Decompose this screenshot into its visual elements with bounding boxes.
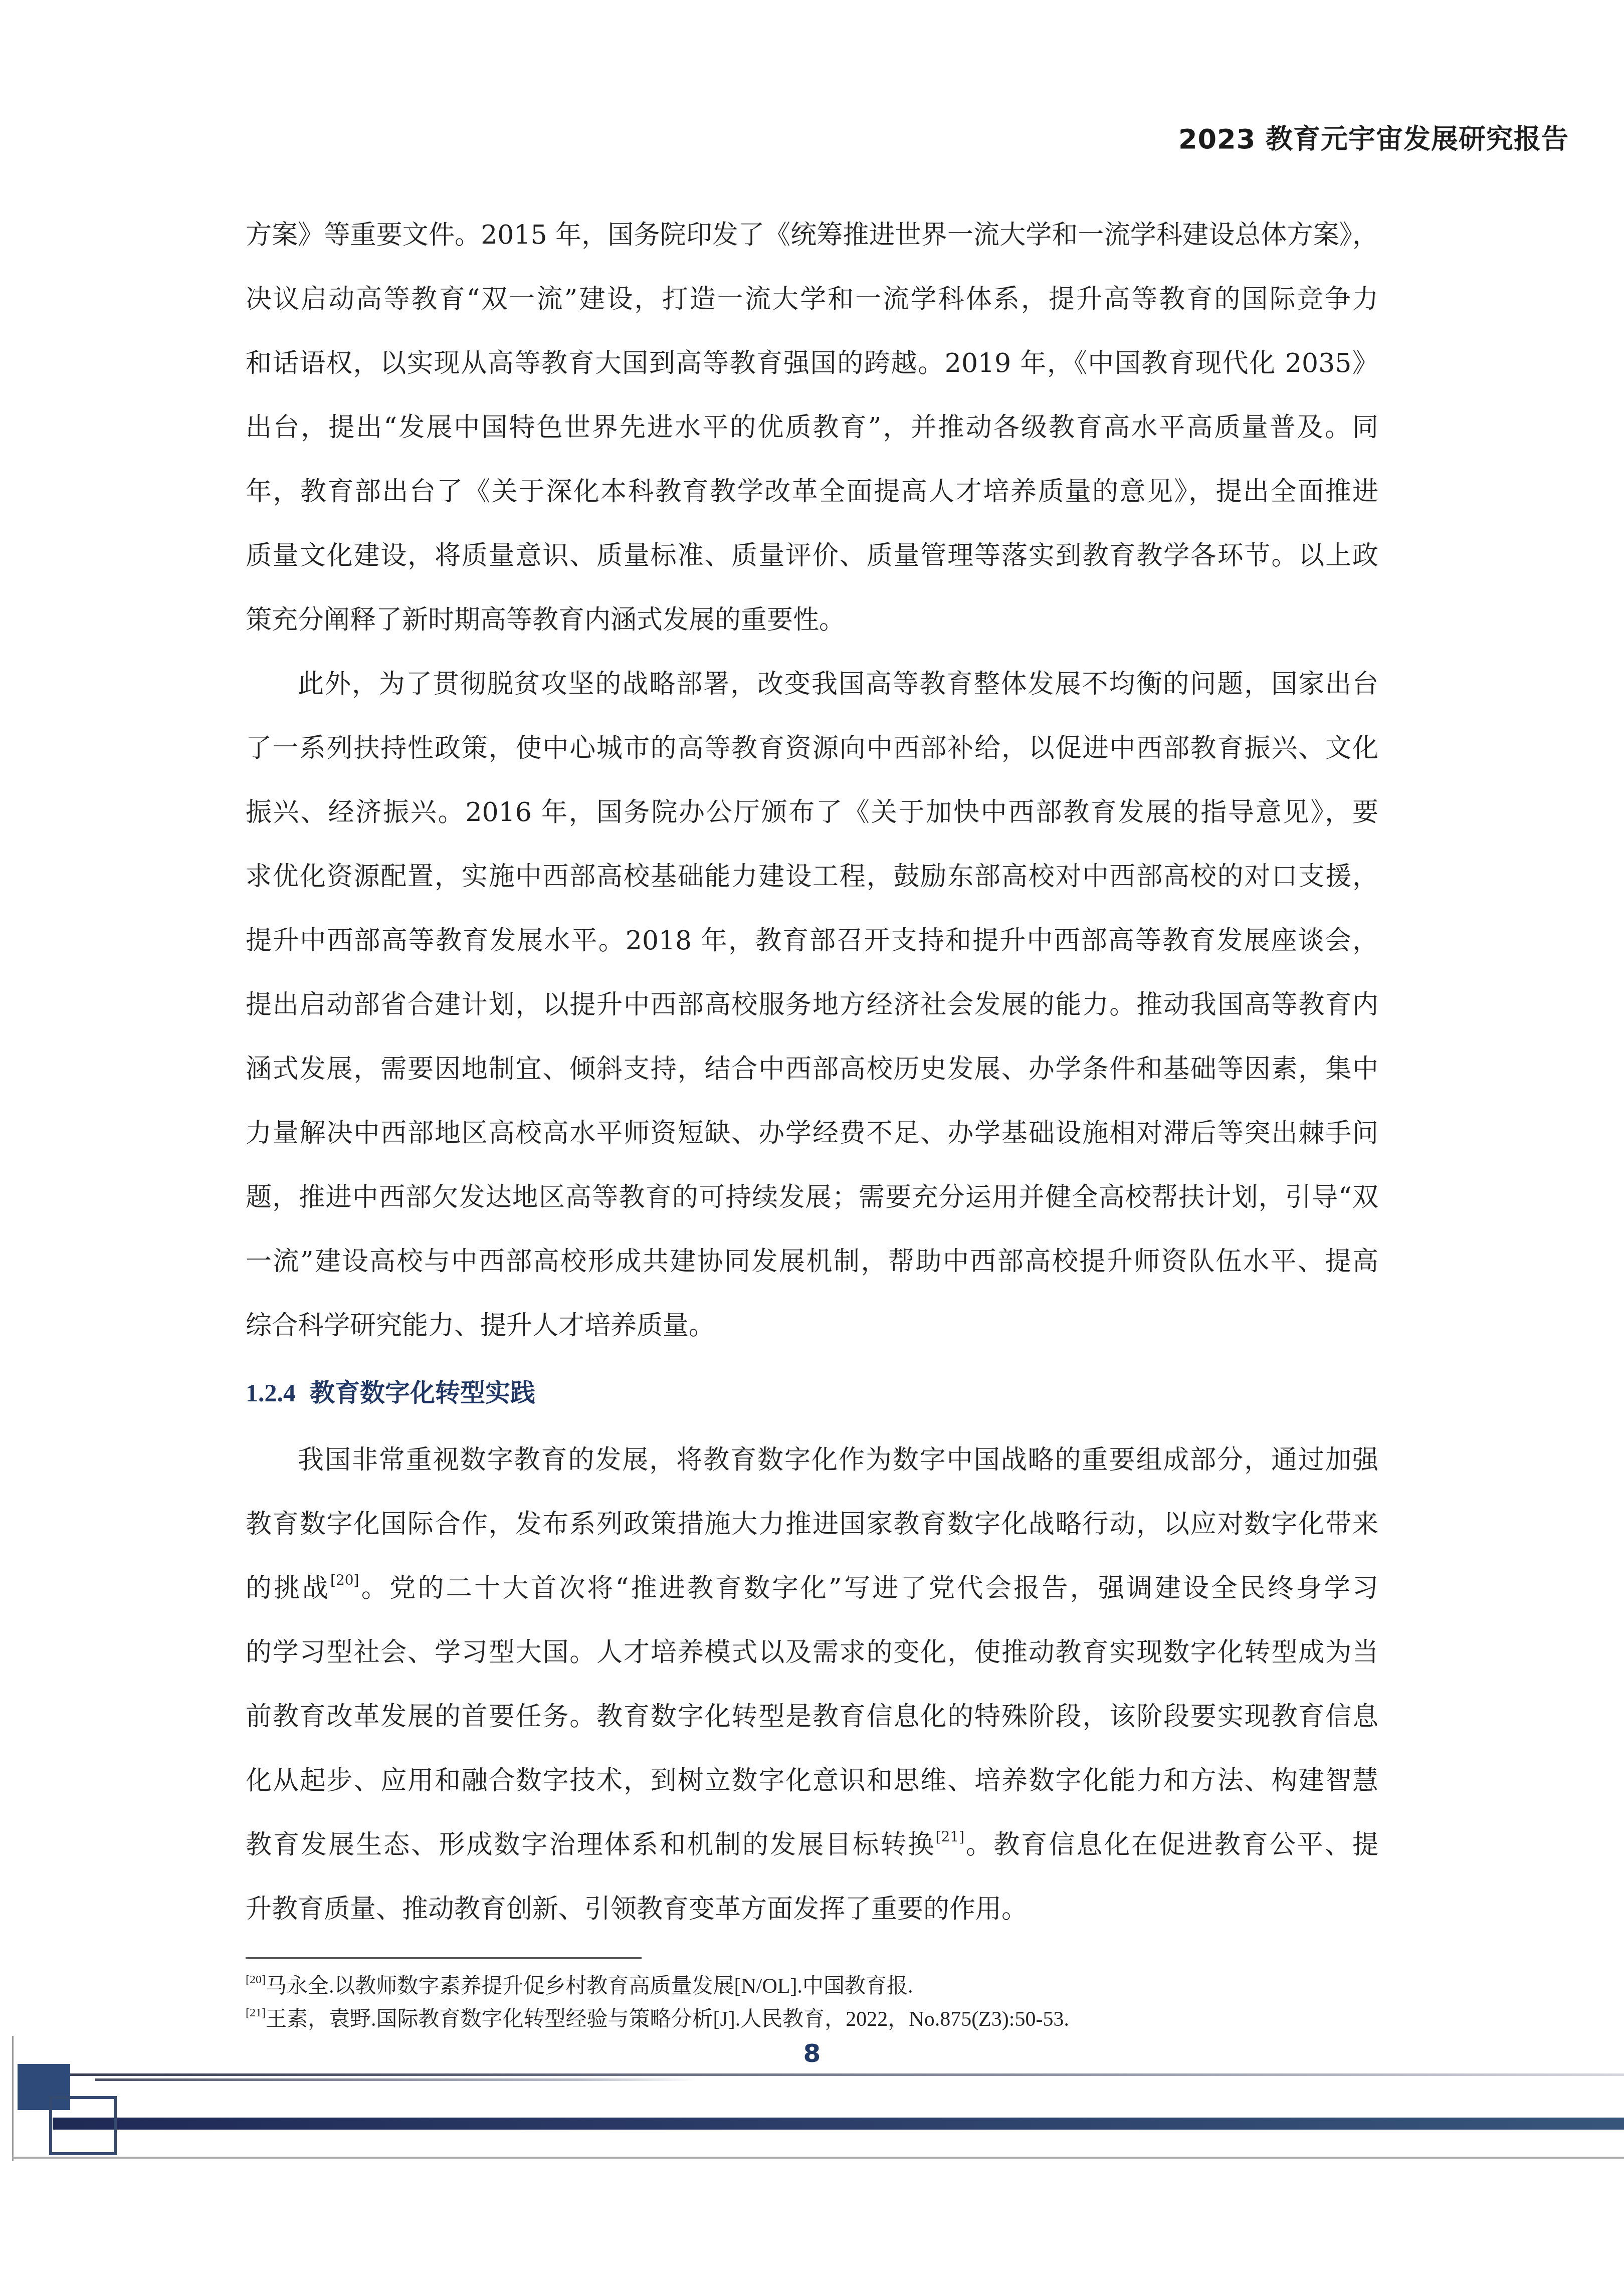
page-number: 8 bbox=[0, 2039, 1624, 2068]
footnote: [21]王素，袁野.国际教育数字化转型经验与策略分析[J].人民教育，2022，… bbox=[246, 2003, 1398, 2036]
footnote-marker: [20] bbox=[246, 1973, 266, 1986]
text-line: 振兴、经济振兴。2016 年，国务院办公厅颁布了《关于加快中西部教育发展的指导意… bbox=[246, 780, 1378, 845]
text-line: 年，教育部出台了《关于深化本科教育教学改革全面提高人才培养质量的意见》，提出全面… bbox=[246, 460, 1378, 524]
text-line: 策充分阐释了新时期高等教育内涵式发展的重要性。 bbox=[246, 588, 1378, 652]
body-content: 方案》等重要文件。2015 年，国务院印发了《统筹推进世界一流大学和一流学科建设… bbox=[246, 203, 1378, 1941]
footnote: [20]马永全.以教师数字素养提升促乡村教育高质量发展[N/OL].中国教育报. bbox=[246, 1970, 1398, 2003]
text-line: 力量解决中西部地区高校高水平师资短缺、办学经费不足、办学基础设施相对滞后等突出棘… bbox=[246, 1101, 1378, 1165]
text-line: 质量文化建设，将质量意识、质量标准、质量评价、质量管理等落实到教育教学各环节。以… bbox=[246, 524, 1378, 588]
text-line: 和话语权，以实现从高等教育大国到高等教育强国的跨越。2019 年，《中国教育现代… bbox=[246, 331, 1378, 395]
footnote-divider bbox=[246, 1957, 642, 1959]
text-line: 前教育改革发展的首要任务。教育数字化转型是教育信息化的特殊阶段，该阶段要实现教育… bbox=[246, 1685, 1378, 1749]
text-line: 的学习型社会、学习型大国。人才培养模式以及需求的变化，使推动教育实现数字化转型成… bbox=[246, 1620, 1378, 1685]
text-line: 出台，提出“发展中国特色世界先进水平的优质教育”，并推动各级教育高水平高质量普及… bbox=[246, 395, 1378, 460]
text-line: 决议启动高等教育“双一流”建设，打造一流大学和一流学科体系，提升高等教育的国际竞… bbox=[246, 267, 1378, 331]
running-header-title: 2023 教育元宇宙发展研究报告 bbox=[1178, 118, 1569, 156]
text-line: 涵式发展，需要因地制宜、倾斜支持，结合中西部高校历史发展、办学条件和基础等因素，… bbox=[246, 1037, 1378, 1101]
text-line: 我国非常重视数字教育的发展，将教育数字化作为数字中国战略的重要组成部分，通过加强 bbox=[246, 1428, 1378, 1492]
paragraph: 此外，为了贯彻脱贫攻坚的战略部署，改变我国高等教育整体发展不均衡的问题，国家出台… bbox=[246, 652, 1378, 1358]
section-heading: 1.2.4教育数字化转型实践 bbox=[246, 1361, 1378, 1425]
text-line: 化从起步、应用和融合数字技术，到树立数字化意识和思维、培养数字化能力和方法、构建… bbox=[246, 1749, 1378, 1813]
citation-marker: [20] bbox=[330, 1572, 359, 1588]
text-line: 一流”建设高校与中西部高校形成共建协同发展机制，帮助中西部高校提升师资队伍水平、… bbox=[246, 1229, 1378, 1294]
text-line-with-citation: 教育发展生态、形成数字治理体系和机制的发展目标转换[21]。教育信息化在促进教育… bbox=[246, 1813, 1378, 1877]
text-line: 题，推进中西部欠发达地区高等教育的可持续发展；需要充分运用并健全高校帮扶计划，引… bbox=[246, 1165, 1378, 1229]
paragraph: 方案》等重要文件。2015 年，国务院印发了《统筹推进世界一流大学和一流学科建设… bbox=[246, 203, 1378, 652]
text-line: 综合科学研究能力、提升人才培养质量。 bbox=[246, 1294, 1378, 1358]
section-title: 教育数字化转型实践 bbox=[310, 1378, 535, 1407]
text-line: 教育数字化国际合作，发布系列政策措施大力推进国家教育数字化战略行动，以应对数字化… bbox=[246, 1492, 1378, 1556]
footer-thick-bar bbox=[53, 2118, 1624, 2130]
footer-outline-square-icon bbox=[49, 2096, 117, 2155]
text-line: 提出启动部省合建计划，以提升中西部高校服务地方经济社会发展的能力。推动我国高等教… bbox=[246, 973, 1378, 1037]
text-line: 升教育质量、推动教育创新、引领教育变革方面发挥了重要的作用。 bbox=[246, 1877, 1378, 1941]
footnotes: [20]马永全.以教师数字素养提升促乡村教育高质量发展[N/OL].中国教育报.… bbox=[246, 1970, 1398, 2036]
text-line: 求优化资源配置，实施中西部高校基础能力建设工程，鼓励东部高校对中西部高校的对口支… bbox=[246, 845, 1378, 909]
footnote-marker: [21] bbox=[246, 2006, 266, 2019]
citation-marker: [21] bbox=[936, 1828, 964, 1845]
text-line: 提升中西部高等教育发展水平。2018 年，教育部召开支持和提升中西部高等教育发展… bbox=[246, 909, 1378, 973]
footer-bottom-rule bbox=[12, 2157, 1624, 2159]
text-line: 此外，为了贯彻脱贫攻坚的战略部署，改变我国高等教育整体发展不均衡的问题，国家出台 bbox=[246, 652, 1378, 716]
section-number: 1.2.4 bbox=[246, 1379, 296, 1407]
footer-thin-line bbox=[95, 2078, 697, 2081]
text-line: 了一系列扶持性政策，使中心城市的高等教育资源向中西部补给，以促进中西部教育振兴、… bbox=[246, 716, 1378, 780]
text-line-with-citation: 的挑战[20]。党的二十大首次将“推进教育数字化”写进了党代会报告，强调建设全民… bbox=[246, 1556, 1378, 1620]
footer-thin-line bbox=[70, 2073, 1624, 2076]
footer-frame-line bbox=[12, 2036, 14, 2161]
paragraph: 我国非常重视数字教育的发展，将教育数字化作为数字中国战略的重要组成部分，通过加强… bbox=[246, 1428, 1378, 1941]
text-line: 方案》等重要文件。2015 年，国务院印发了《统筹推进世界一流大学和一流学科建设… bbox=[246, 203, 1378, 267]
